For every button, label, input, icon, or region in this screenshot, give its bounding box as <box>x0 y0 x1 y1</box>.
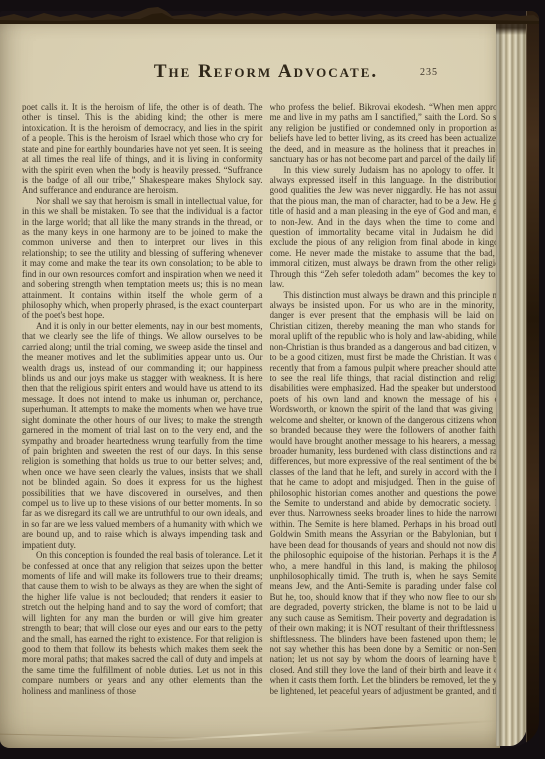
page-paper: The Reform Advocate. 235 poet calls it. … <box>0 21 500 748</box>
paragraph: who profess the belief. Bikrovai ekodesh… <box>270 102 511 165</box>
book-page: The Reform Advocate. 235 poet calls it. … <box>0 11 539 748</box>
paragraph: Nor shall we say that heroism is small i… <box>22 196 263 321</box>
book-fore-edge <box>496 23 528 746</box>
page-header: The Reform Advocate. 235 <box>22 21 510 91</box>
right-column: who profess the belief. Bikrovai ekodesh… <box>270 102 511 748</box>
publication-title: The Reform Advocate. <box>154 61 378 82</box>
ragged-page-top-edge <box>0 4 540 24</box>
book-cover-edge <box>526 11 539 744</box>
page-content: The Reform Advocate. 235 poet calls it. … <box>22 21 510 748</box>
paragraph: On this conception is founded the real b… <box>22 550 263 696</box>
paragraph: And it is only in our better elements, n… <box>22 321 263 550</box>
scanned-book-photo: The Reform Advocate. 235 poet calls it. … <box>0 0 545 759</box>
text-columns: poet calls it. It is the heroism of life… <box>22 102 510 748</box>
paragraph: This distinction must always be drawn an… <box>270 290 511 696</box>
left-column: poet calls it. It is the heroism of life… <box>22 102 263 748</box>
paragraph: In this view surely Judaism has no apolo… <box>270 165 511 290</box>
paragraph: poet calls it. It is the heroism of life… <box>22 102 263 196</box>
page-number: 235 <box>420 67 438 78</box>
